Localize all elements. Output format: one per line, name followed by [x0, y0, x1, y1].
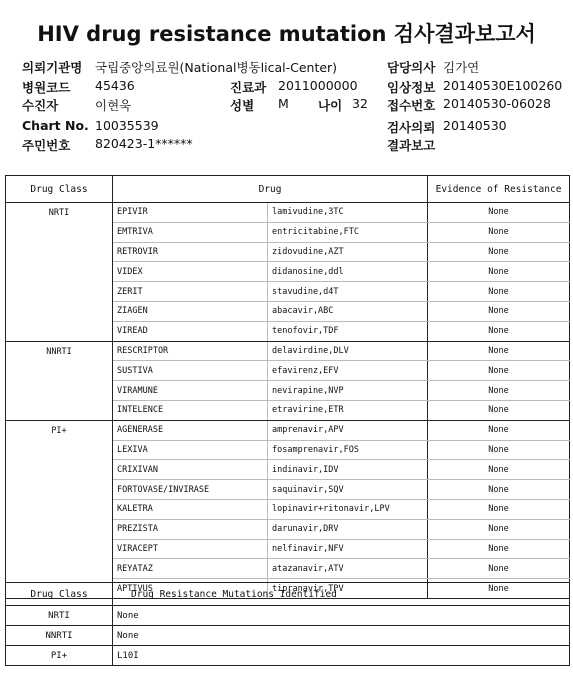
clinical-info-label: 임상정보	[387, 80, 435, 95]
patient-value: 이현욱	[95, 96, 131, 114]
request-date-field: 검사의뢰 20140530	[387, 118, 435, 136]
evidence-value: None	[428, 203, 570, 223]
doctor-label: 담당의사	[387, 60, 435, 75]
evidence-value: None	[428, 222, 570, 242]
evidence-value: None	[428, 440, 570, 460]
resistance-table-header: Drug Class Drug Evidence of Resistance	[6, 176, 570, 203]
result-report-field: 결과보고	[387, 136, 435, 154]
table-row: NRTI EPIVIR lamivudine,3TC None	[6, 203, 570, 223]
generic-name: lamivudine,3TC	[268, 203, 428, 223]
resident-no-field: 주민번호 820423-1******	[22, 136, 70, 154]
department-value: 2011000000	[278, 78, 358, 93]
table-row: NNRTI None	[6, 626, 570, 646]
drug-class-cell: PI+	[6, 646, 113, 666]
drug-class-cell: NNRTI	[6, 341, 113, 420]
mutations-value: L10I	[113, 646, 570, 666]
brand-name: VIREAD	[113, 321, 268, 341]
brand-name: LEXIVA	[113, 440, 268, 460]
doctor-value: 김가연	[443, 58, 479, 76]
brand-name: KALETRA	[113, 499, 268, 519]
chart-no-label: Chart No.	[22, 118, 89, 133]
resident-no-label: 주민번호	[22, 138, 70, 153]
brand-name: RETROVIR	[113, 242, 268, 262]
brand-name: RESCRIPTOR	[113, 341, 268, 361]
generic-name: darunavir,DRV	[268, 519, 428, 539]
brand-name: FORTOVASE/INVIRASE	[113, 480, 268, 500]
mutations-value: None	[113, 626, 570, 646]
evidence-value: None	[428, 499, 570, 519]
brand-name: ZERIT	[113, 282, 268, 302]
evidence-value: None	[428, 262, 570, 282]
mutations-value: None	[113, 606, 570, 626]
evidence-value: None	[428, 519, 570, 539]
brand-name: VIDEX	[113, 262, 268, 282]
sex-value: M	[278, 96, 289, 111]
evidence-value: None	[428, 420, 570, 440]
sex-label: 성별	[230, 98, 254, 113]
age-field: 나이 32	[318, 96, 342, 114]
hospital-code-value: 45436	[95, 78, 135, 93]
table-row: NNRTI RESCRIPTOR delavirdine,DLV None	[6, 341, 570, 361]
institution-field: 의뢰기관명 국립중앙의료원(National병동lical-Center)	[22, 58, 82, 76]
age-value: 32	[352, 96, 368, 111]
evidence-value: None	[428, 361, 570, 381]
generic-name: zidovudine,AZT	[268, 242, 428, 262]
generic-name: delavirdine,DLV	[268, 341, 428, 361]
brand-name: PREZISTA	[113, 519, 268, 539]
hospital-code-label: 병원코드	[22, 80, 70, 95]
evidence-value: None	[428, 400, 570, 420]
brand-name: EPIVIR	[113, 203, 268, 223]
drug-class-cell: NRTI	[6, 203, 113, 342]
generic-name: atazanavir,ATV	[268, 559, 428, 579]
resident-no-value: 820423-1******	[95, 136, 193, 151]
sex-field: 성별 M	[230, 96, 254, 114]
receipt-no-value: 20140530-06028	[443, 96, 551, 111]
generic-name: nelfinavir,NFV	[268, 539, 428, 559]
receipt-no-field: 접수번호 20140530-06028	[387, 96, 435, 114]
institution-value: 국립중앙의료원(National병동lical-Center)	[95, 58, 337, 76]
evidence-value: None	[428, 282, 570, 302]
evidence-value: None	[428, 559, 570, 579]
table-row: PI+ AGENERASE amprenavir,APV None	[6, 420, 570, 440]
generic-name: indinavir,IDV	[268, 460, 428, 480]
header-drug-class: Drug Class	[6, 583, 113, 606]
drug-class-cell: PI+	[6, 420, 113, 598]
generic-name: stavudine,d4T	[268, 282, 428, 302]
brand-name: EMTRIVA	[113, 222, 268, 242]
evidence-value: None	[428, 301, 570, 321]
evidence-value: None	[428, 242, 570, 262]
generic-name: lopinavir+ritonavir,LPV	[268, 499, 428, 519]
brand-name: CRIXIVAN	[113, 460, 268, 480]
generic-name: nevirapine,NVP	[268, 381, 428, 401]
header-evidence: Evidence of Resistance	[428, 176, 570, 203]
header-mutations: Drug Resistance Mutations Identified	[113, 583, 570, 606]
brand-name: SUSTIVA	[113, 361, 268, 381]
brand-name: REYATAZ	[113, 559, 268, 579]
receipt-no-label: 접수번호	[387, 98, 435, 113]
request-date-value: 20140530	[443, 118, 507, 133]
institution-label: 의뢰기관명	[22, 60, 82, 75]
evidence-value: None	[428, 341, 570, 361]
brand-name: VIRAMUNE	[113, 381, 268, 401]
generic-name: entricitabine,FTC	[268, 222, 428, 242]
drug-class-cell: NNRTI	[6, 626, 113, 646]
header-drug-class: Drug Class	[6, 176, 113, 203]
age-label: 나이	[318, 98, 342, 113]
generic-name: tenofovir,TDF	[268, 321, 428, 341]
drug-class-cell: NRTI	[6, 606, 113, 626]
resistance-table: Drug Class Drug Evidence of Resistance N…	[5, 175, 570, 599]
brand-name: VIRACEPT	[113, 539, 268, 559]
evidence-value: None	[428, 539, 570, 559]
report-title: HIV drug resistance mutation 검사결과보고서	[0, 18, 573, 48]
clinical-info-field: 임상정보 20140530E100260	[387, 78, 435, 96]
clinical-info-value: 20140530E100260	[443, 78, 562, 93]
patient-label: 수진자	[22, 98, 58, 113]
evidence-value: None	[428, 480, 570, 500]
department-field: 진료과 2011000000	[230, 78, 266, 96]
table-row: NRTI None	[6, 606, 570, 626]
generic-name: didanosine,ddl	[268, 262, 428, 282]
header-drug: Drug	[113, 176, 428, 203]
evidence-value: None	[428, 381, 570, 401]
department-label: 진료과	[230, 80, 266, 95]
chart-no-field: Chart No. 10035539	[22, 118, 89, 133]
doctor-field: 담당의사 김가연	[387, 58, 435, 76]
mutations-table-header: Drug Class Drug Resistance Mutations Ide…	[6, 583, 570, 606]
brand-name: ZIAGEN	[113, 301, 268, 321]
generic-name: abacavir,ABC	[268, 301, 428, 321]
result-report-label: 결과보고	[387, 138, 435, 153]
mutations-table: Drug Class Drug Resistance Mutations Ide…	[5, 582, 570, 666]
chart-no-value: 10035539	[95, 118, 159, 133]
request-date-label: 검사의뢰	[387, 120, 435, 135]
table-row: PI+ L10I	[6, 646, 570, 666]
brand-name: INTELENCE	[113, 400, 268, 420]
generic-name: saquinavir,SQV	[268, 480, 428, 500]
evidence-value: None	[428, 460, 570, 480]
brand-name: AGENERASE	[113, 420, 268, 440]
generic-name: amprenavir,APV	[268, 420, 428, 440]
patient-field: 수진자 이현욱	[22, 96, 58, 114]
generic-name: etravirine,ETR	[268, 400, 428, 420]
evidence-value: None	[428, 321, 570, 341]
generic-name: fosamprenavir,FOS	[268, 440, 428, 460]
hospital-code-field: 병원코드 45436	[22, 78, 70, 96]
generic-name: efavirenz,EFV	[268, 361, 428, 381]
